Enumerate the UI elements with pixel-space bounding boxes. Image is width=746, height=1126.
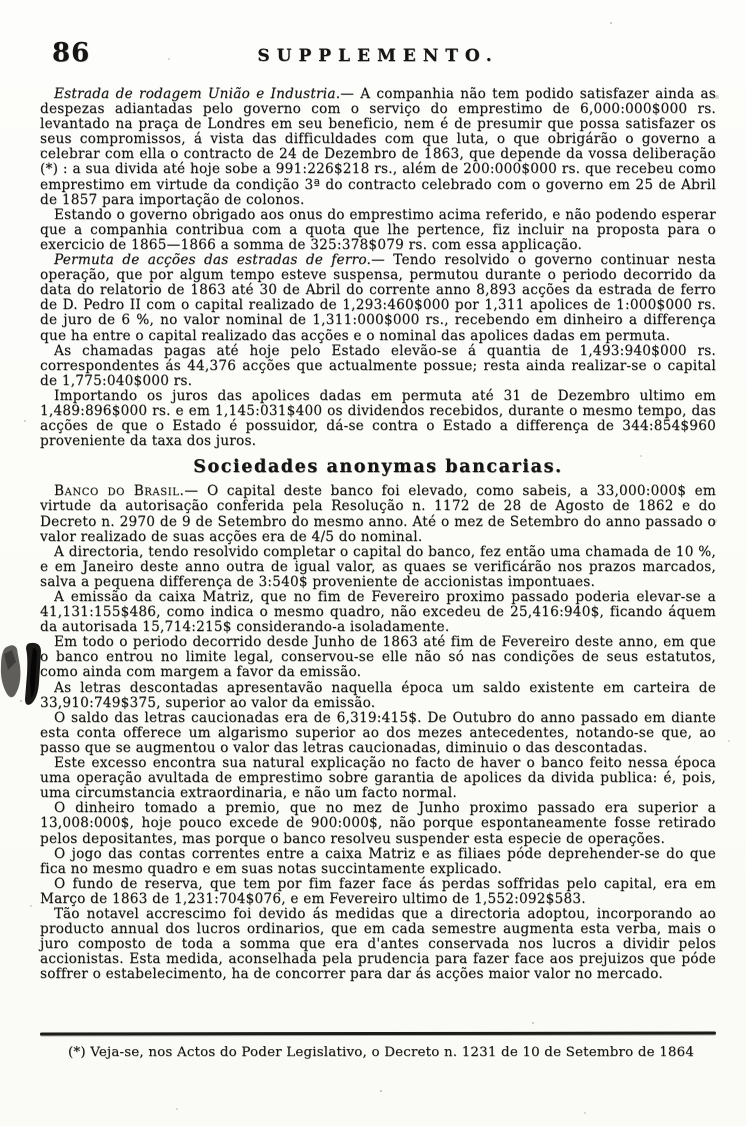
paragraph-saldo-letras-caucionadas: O saldo das letras caucionadas era de 6,… — [40, 711, 716, 756]
paragraph-text: Em todo o periodo decorrido desde Junho … — [40, 634, 716, 680]
page-header: 86 SUPPLEMENTO. — [40, 38, 716, 78]
paragraph-estrada-de-rodagem: Estrada de rodagem União e Industria.— A… — [40, 87, 716, 208]
paragraph-fundo-reserva: O fundo de reserva, que tem por fim faze… — [40, 877, 716, 907]
footnote-divider — [40, 1032, 716, 1036]
paragraph-text: As letras descontadas apresentavão naque… — [40, 680, 716, 711]
section-heading-sociedades: Sociedades anonymas bancarias. — [40, 460, 716, 475]
paragraph-text: A companhia não tem podido satisfazer ai… — [40, 86, 716, 208]
paragraph-lead-italic: Estrada de rodagem União e Industria.— — [54, 86, 354, 102]
paragraph-text: As chamadas pagas até hoje pelo Estado e… — [40, 343, 716, 389]
paragraph-estando-governo: Estando o governo obrigado aos onus do e… — [40, 208, 716, 253]
paragraph-importando-juros: Importando os juros das apolices dadas e… — [40, 389, 716, 449]
paragraph-text: Estando o governo obrigado aos onus do e… — [40, 207, 716, 253]
ink-blot — [0, 640, 50, 714]
paragraph-banco-do-brasil: Banco do Brasil.— O capital deste banco … — [40, 484, 716, 544]
page-number: 86 — [52, 38, 90, 68]
paragraph-text: Este excesso encontra sua natural explic… — [40, 755, 716, 801]
paragraph-este-excesso: Este excesso encontra sua natural explic… — [40, 756, 716, 801]
paragraph-lead-smallcaps: Banco do Brasil.— — [54, 483, 199, 499]
paragraph-letras-descontadas: As letras descontadas apresentavão naque… — [40, 681, 716, 711]
paragraph-periodo-decorrido: Em todo o periodo decorrido desde Junho … — [40, 635, 716, 680]
paragraph-text: Importando os juros das apolices dadas e… — [40, 388, 716, 449]
paragraph-text: A emissão da caixa Matriz, que no fim de… — [40, 589, 716, 635]
footnote-text: (*) Veja-se, nos Actos do Poder Legislat… — [40, 1045, 716, 1060]
paragraph-directoria: A directoria, tendo resolvido completar … — [40, 545, 716, 590]
paragraph-dinheiro-premio: O dinheiro tomado a premio, que no mez d… — [40, 801, 716, 846]
paragraph-chamadas-pagas: As chamadas pagas até hoje pelo Estado e… — [40, 344, 716, 389]
page-title: SUPPLEMENTO. — [40, 38, 716, 66]
paragraph-emissao-caixa-matriz: A emissão da caixa Matriz, que no fim de… — [40, 590, 716, 635]
article-body: Estrada de rodagem União e Industria.— A… — [40, 87, 716, 982]
paragraph-permuta-acoes: Permuta de acções das estradas de ferro.… — [40, 253, 716, 344]
paragraph-text: O saldo das letras caucionadas era de 6,… — [40, 710, 716, 756]
paragraph-text: Tão notavel accrescimo foi devido ás med… — [40, 906, 716, 982]
paragraph-text: A directoria, tendo resolvido completar … — [40, 544, 716, 590]
scan-noise — [0, 0, 2, 2]
document-page: 86 SUPPLEMENTO. Estrada de rodagem União… — [0, 0, 746, 1126]
paragraph-lead-italic: Permuta de acções das estradas de ferro.… — [54, 252, 385, 268]
footnote-block: (*) Veja-se, nos Actos do Poder Legislat… — [40, 1032, 716, 1060]
paragraph-text: O dinheiro tomado a premio, que no mez d… — [40, 800, 716, 846]
paragraph-tao-notavel-accrescimo: Tão notavel accrescimo foi devido ás med… — [40, 907, 716, 982]
paragraph-jogo-contas-correntes: O jogo das contas correntes entre a caix… — [40, 847, 716, 877]
paragraph-text: O fundo de reserva, que tem por fim faze… — [40, 876, 716, 907]
paragraph-text: O jogo das contas correntes entre a caix… — [40, 846, 716, 877]
